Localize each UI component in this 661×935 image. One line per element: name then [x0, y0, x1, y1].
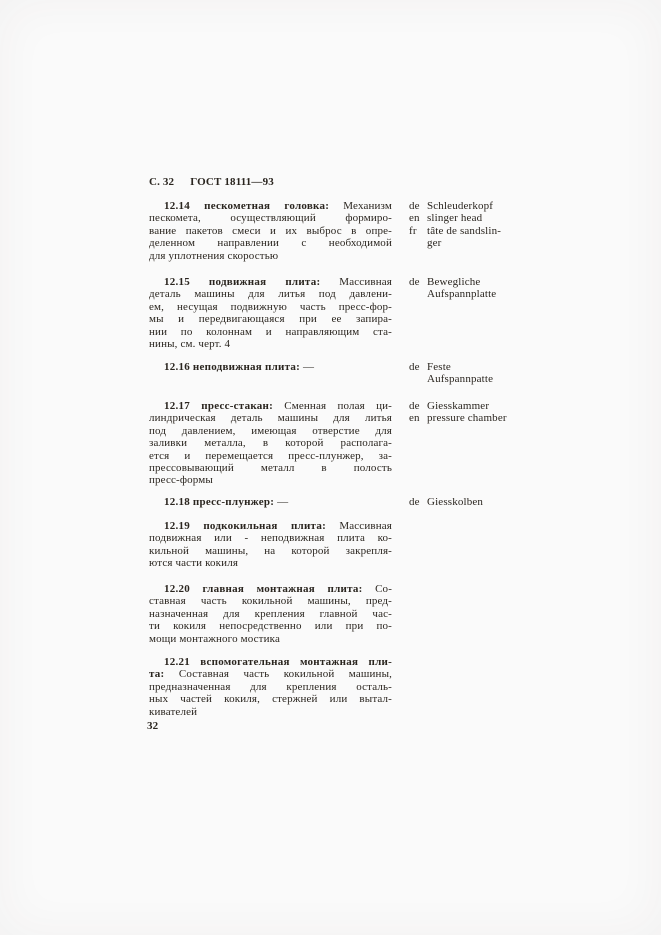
term-definition: 12.20 главная монтажная плита: Со- ставн…	[149, 583, 392, 645]
document-page: С. 32 ГОСТ 18111—93 12.14 пескометная го…	[0, 0, 661, 935]
page-header: С. 32 ГОСТ 18111—93	[149, 176, 274, 188]
term-label: пресс-плунжер:	[193, 496, 274, 508]
translation-term: slinger head	[427, 212, 584, 224]
definition-line: 12.17 пресс-стакан: Сменная полая ци-	[149, 400, 392, 412]
definition-line: линдрическая деталь машины для литья	[149, 412, 392, 424]
language-code: de	[409, 276, 427, 301]
translations: deGiesskolben	[409, 496, 584, 508]
translations: deFeste Aufspannpatte	[409, 361, 584, 386]
term-label: подкокильная плита:	[203, 520, 326, 532]
definition-line: предназначенная для крепления осталь-	[149, 681, 392, 693]
translation-row: deSchleuderkopf	[409, 200, 584, 212]
definition-line: деталь машины для литья под давлени-	[149, 288, 392, 300]
term-number: 12.14	[164, 200, 190, 212]
definition-line: нии по колоннам и направляющим ста-	[149, 326, 392, 338]
term-label-continued: та:	[149, 668, 164, 680]
definition-line: 12.15 подвижная плита: Массивная	[149, 276, 392, 288]
term-definition: 12.19 подкокильная плита: Массивная подв…	[149, 520, 392, 570]
definition-line: мощи монтажного мостика	[149, 633, 392, 645]
term-number: 12.16	[164, 361, 190, 373]
translations: deBewegliche Aufspannplatte	[409, 276, 584, 301]
definition-line: ставная часть кокильной машины, пред-	[149, 595, 392, 607]
definition-line: 12.16 неподвижная плита: —	[149, 361, 392, 373]
definition-line: подвижная или - неподвижная плита ко-	[149, 532, 392, 544]
term-label: пескометная головка:	[204, 200, 329, 212]
definition-line: кильной машины, на которой закрепля-	[149, 545, 392, 557]
term-number: 12.21	[164, 656, 190, 668]
header-page-label: С. 32	[149, 176, 174, 188]
translation-term: Bewegliche Aufspannplatte	[427, 276, 584, 301]
definition-line: пресс-формы	[149, 474, 392, 486]
term-entry: 12.15 подвижная плита: Массивная деталь …	[149, 276, 661, 350]
definition-line: ем, несущая подвижную часть пресс-фор-	[149, 301, 392, 313]
language-code: de	[409, 400, 427, 412]
term-entry: 12.14 пескометная головка: Механизм песк…	[149, 200, 661, 262]
definition-line: под давлением, имеющая отверстие для	[149, 425, 392, 437]
definition-line: пескомета, осуществляющий формиро-	[149, 212, 392, 224]
definition-line: прессовывающий металл в полость	[149, 462, 392, 474]
term-definition: 12.21 вспомогательная монтажная пли- та:…	[149, 656, 392, 718]
definition-line: 12.18 пресс-плунжер: —	[149, 496, 392, 508]
definition-text: —	[277, 496, 288, 508]
translation-term: Giesskolben	[427, 496, 584, 508]
term-label: подвижная плита:	[209, 276, 320, 288]
language-code: fr	[409, 225, 427, 250]
translations: deGiesskammer enpressure chamber	[409, 400, 584, 425]
term-definition: 12.15 подвижная плита: Массивная деталь …	[149, 276, 392, 350]
term-entry: 12.16 неподвижная плита: — deFeste Aufsp…	[149, 361, 661, 373]
definition-line: кивателей	[149, 706, 392, 718]
language-code: de	[409, 361, 427, 386]
definition-line: 12.21 вспомогательная монтажная пли-	[149, 656, 392, 668]
term-entry: 12.19 подкокильная плита: Массивная подв…	[149, 520, 661, 570]
definition-line: для уплотнения скоростью	[149, 250, 392, 262]
definition-line: та: Составная часть кокильной машины,	[149, 668, 392, 680]
definition-text: Массивная	[339, 276, 392, 288]
translations: deSchleuderkopf enslinger head frtâte de…	[409, 200, 584, 250]
term-entry: 12.18 пресс-плунжер: — deGiesskolben	[149, 496, 661, 508]
term-definition: 12.17 пресс-стакан: Сменная полая ци- ли…	[149, 400, 392, 487]
term-entry: 12.21 вспомогательная монтажная пли- та:…	[149, 656, 661, 718]
definition-line: вание пакетов смеси и их выброс в опре-	[149, 225, 392, 237]
definition-line: ются части кокиля	[149, 557, 392, 569]
translation-row: frtâte de sandslin- ger	[409, 225, 584, 250]
term-label: неподвижная плита:	[193, 361, 300, 373]
translation-row: deFeste Aufspannpatte	[409, 361, 584, 386]
definition-line: деленном направлении с необходимой	[149, 237, 392, 249]
definition-line: заливки металла, в которой располага-	[149, 437, 392, 449]
term-label: вспомогательная монтажная пли-	[200, 656, 392, 668]
language-code: de	[409, 200, 427, 212]
translation-row: deBewegliche Aufspannplatte	[409, 276, 584, 301]
term-number: 12.19	[164, 520, 190, 532]
definition-line: мы и передвигающаяся при ее запира-	[149, 313, 392, 325]
term-label: пресс-стакан:	[201, 400, 273, 412]
term-definition: 12.16 неподвижная плита: —	[149, 361, 392, 373]
translation-row: deGiesskolben	[409, 496, 584, 508]
definition-line: 12.20 главная монтажная плита: Со-	[149, 583, 392, 595]
definition-line: нины, см. черт. 4	[149, 338, 392, 350]
language-code: en	[409, 412, 427, 424]
language-code: en	[409, 212, 427, 224]
translation-term: tâte de sandslin- ger	[427, 225, 584, 250]
definition-line: ти кокиля непосредственно или при по-	[149, 620, 392, 632]
translation-row: enpressure chamber	[409, 412, 584, 424]
term-definition: 12.18 пресс-плунжер: —	[149, 496, 392, 508]
term-label: главная монтажная плита:	[203, 583, 363, 595]
definition-text: Составная часть кокильной машины,	[179, 668, 392, 680]
definition-text: Массивная	[339, 520, 392, 532]
definition-line: 12.14 пескометная головка: Механизм	[149, 200, 392, 212]
term-entry: 12.20 главная монтажная плита: Со- ставн…	[149, 583, 661, 645]
definition-line: назначенная для крепления главной час-	[149, 608, 392, 620]
language-code: de	[409, 496, 427, 508]
header-doc-label: ГОСТ 18111—93	[190, 176, 274, 188]
definition-text: Со-	[375, 583, 392, 595]
translation-term: pressure chamber	[427, 412, 584, 424]
translation-term: Feste Aufspannpatte	[427, 361, 584, 386]
term-number: 12.17	[164, 400, 190, 412]
definition-text: Сменная полая ци-	[284, 400, 392, 412]
page-number: 32	[147, 720, 158, 732]
definition-line: ных частей кокиля, стержней или вытал-	[149, 693, 392, 705]
term-number: 12.18	[164, 496, 190, 508]
term-number: 12.20	[164, 583, 190, 595]
translation-row: deGiesskammer	[409, 400, 584, 412]
translation-term: Giesskammer	[427, 400, 584, 412]
term-definition: 12.14 пескометная головка: Механизм песк…	[149, 200, 392, 262]
term-number: 12.15	[164, 276, 190, 288]
term-entry: 12.17 пресс-стакан: Сменная полая ци- ли…	[149, 400, 661, 487]
definition-text: Механизм	[343, 200, 392, 212]
translation-row: enslinger head	[409, 212, 584, 224]
translation-term: Schleuderkopf	[427, 200, 584, 212]
definition-text: —	[303, 361, 314, 373]
definition-line: ется и перемещается пресс-плунжер, за-	[149, 450, 392, 462]
definition-line: 12.19 подкокильная плита: Массивная	[149, 520, 392, 532]
